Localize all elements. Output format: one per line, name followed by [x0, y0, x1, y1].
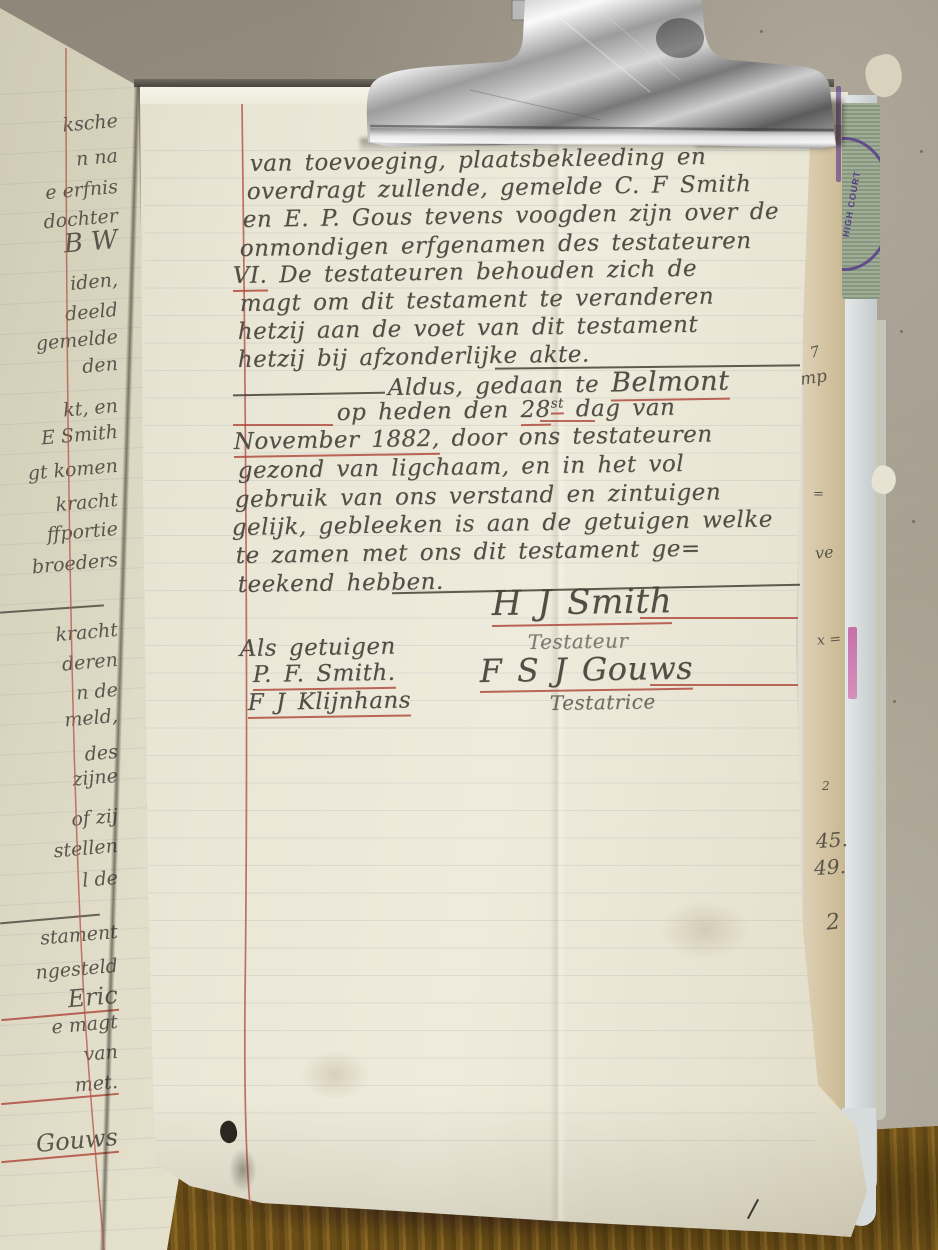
handwriting-segment: F J Klijnhans	[248, 687, 412, 719]
handwriting-line: Als getuigen	[240, 634, 396, 662]
handwriting-segment: P. F. Smith.	[253, 660, 396, 691]
handwriting-segment: F S J Gouws	[479, 649, 693, 693]
photo-scene: HIGH COURT 7mp=vex =245.49.2 kschen nae …	[0, 0, 938, 1250]
handwriting-segment: VI.	[233, 262, 268, 292]
red-underline	[650, 684, 798, 686]
red-blank-line	[540, 420, 595, 422]
handwriting-segment: dag van	[564, 395, 676, 423]
handwriting-segment: Testatrice	[550, 689, 656, 715]
handwriting-line: P. F. Smith.	[253, 660, 396, 688]
red-underline	[640, 617, 798, 619]
handwriting-line: F J Klijnhans	[248, 687, 412, 716]
handwriting-segment: November 1882,	[234, 426, 440, 458]
handwriting-segment: st	[551, 397, 564, 415]
handwriting-segment: Als getuigen	[240, 634, 396, 662]
clipboard-clip	[350, 0, 850, 152]
red-blank-line	[233, 424, 333, 426]
handwriting-segment: door ons testateuren	[439, 421, 712, 451]
handwriting-line: Testatrice	[550, 689, 656, 715]
handwriting-segment: op heden den	[337, 397, 521, 426]
ink-smudge	[228, 1146, 258, 1194]
handwriting-line: op heden den 28st dag van	[337, 395, 676, 426]
